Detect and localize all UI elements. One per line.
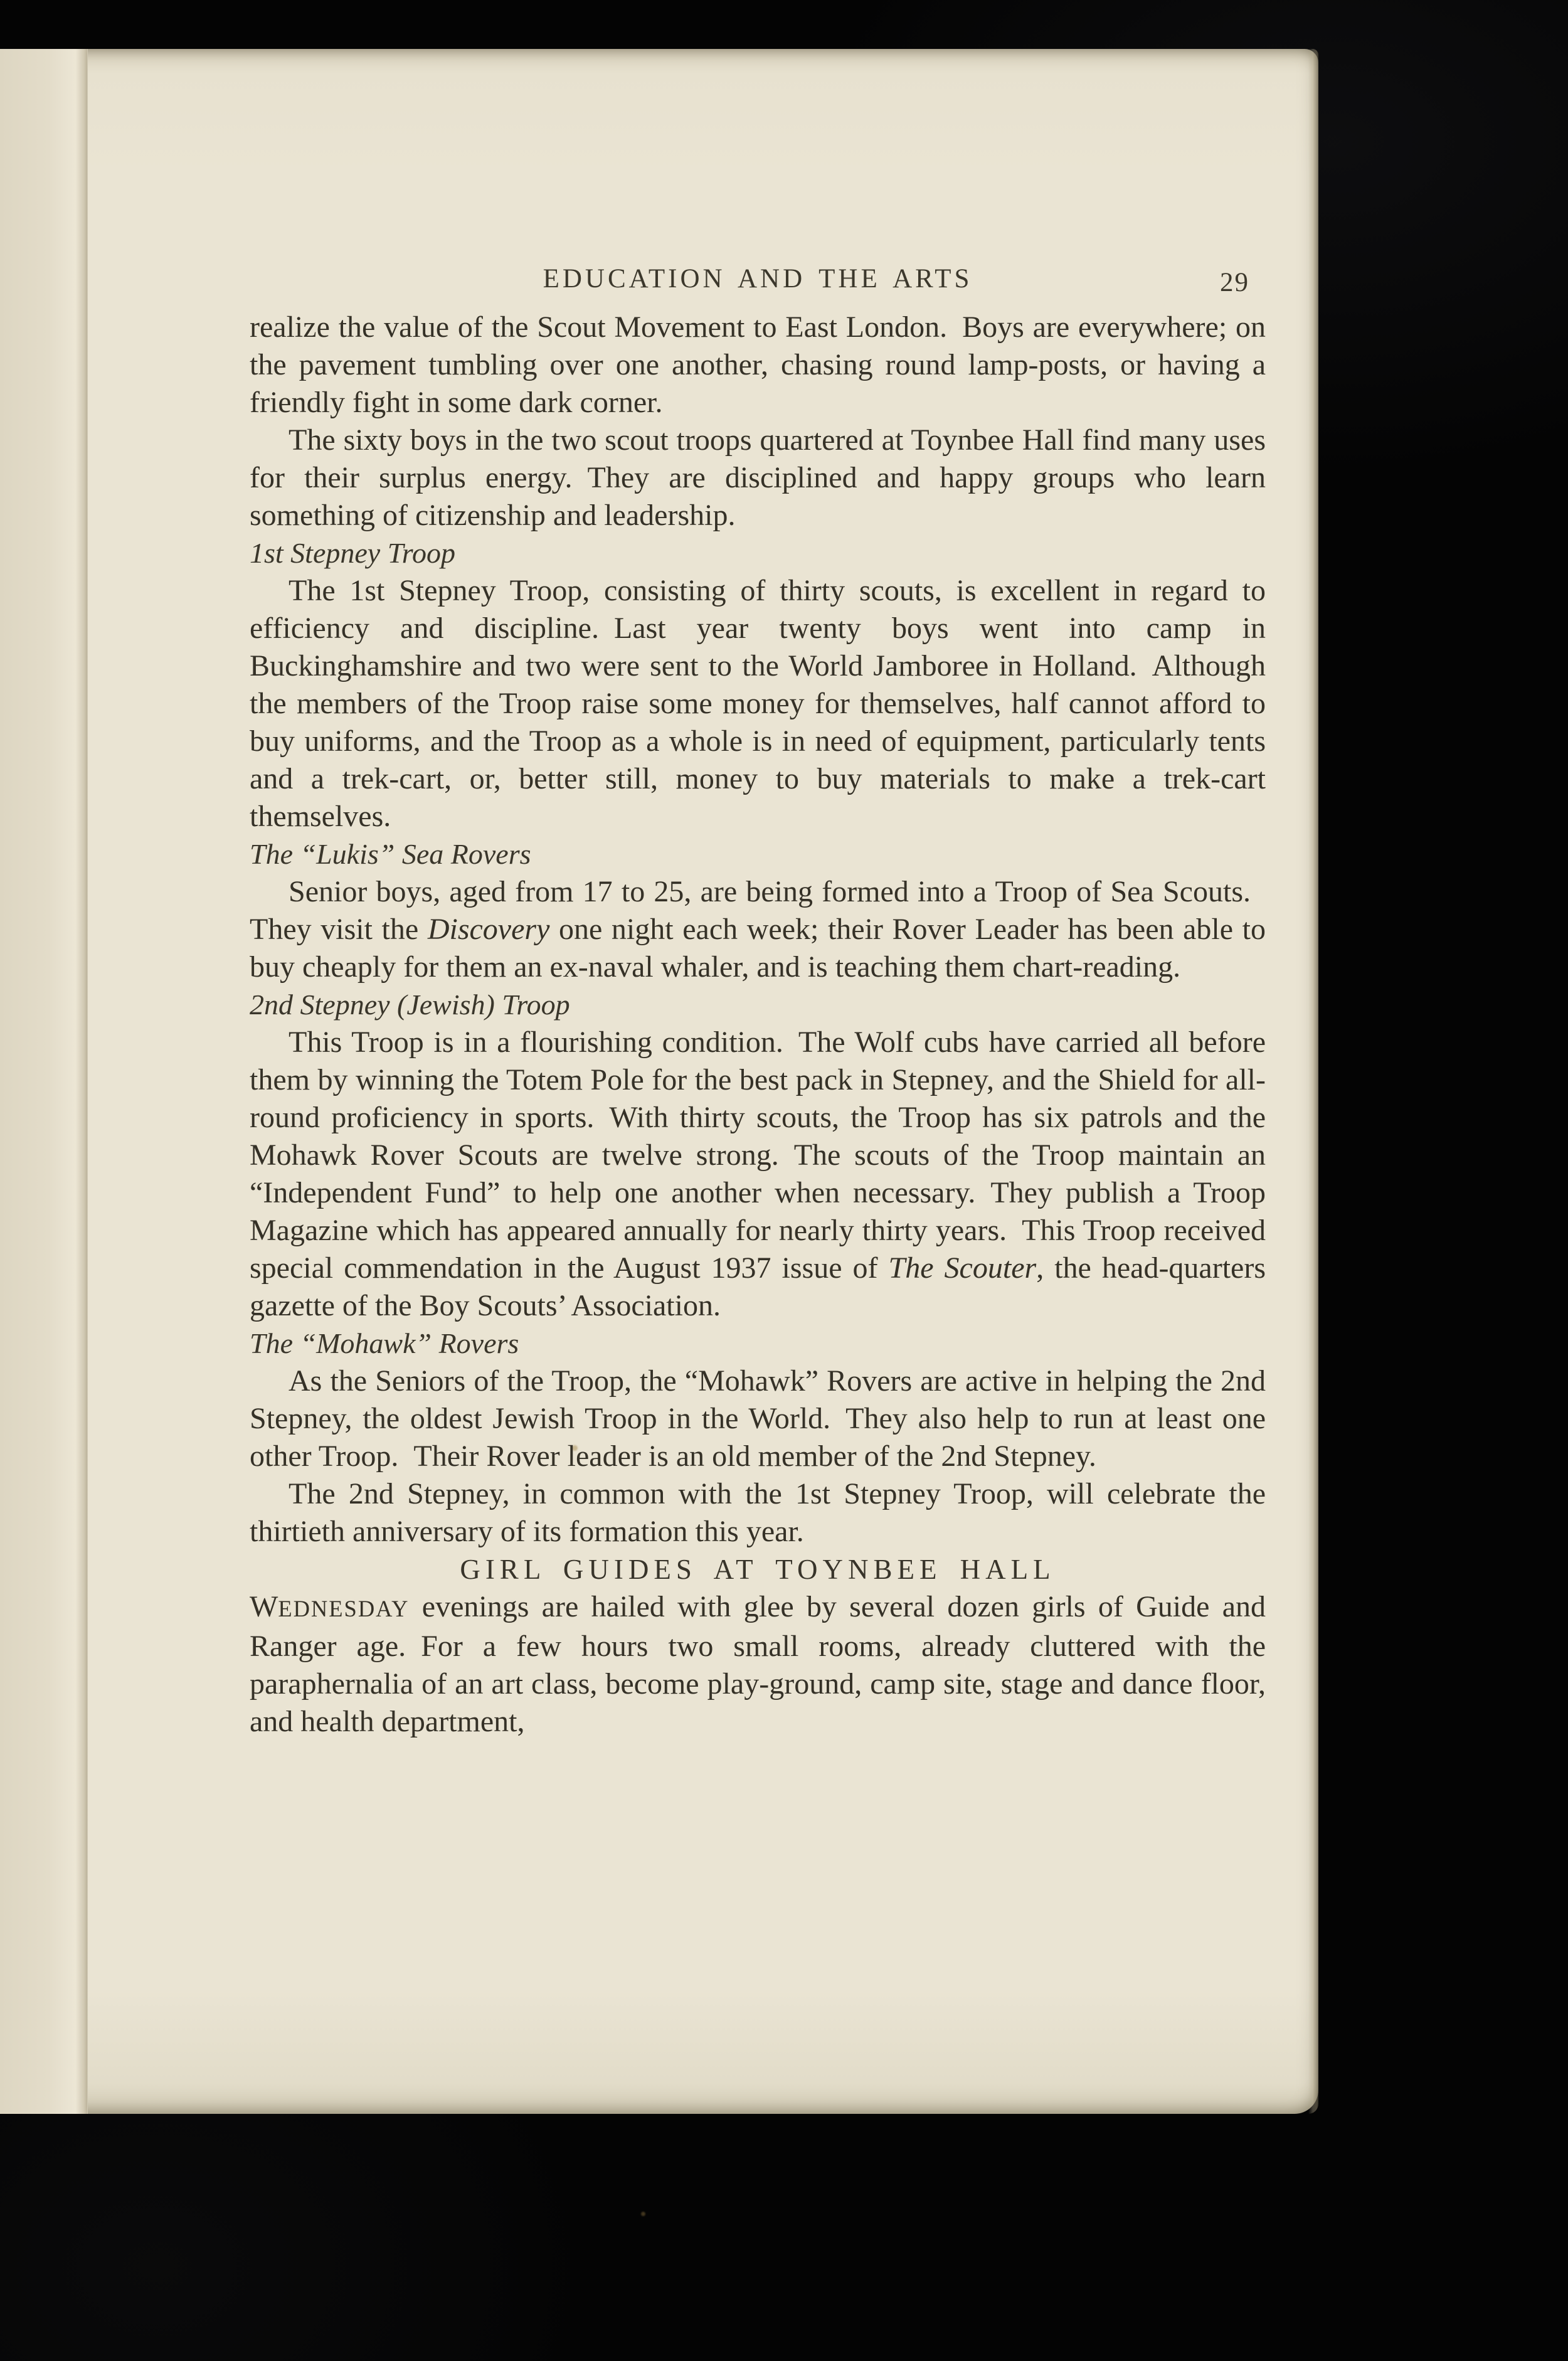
paragraph-1st-stepney-troop: The 1st Stepney Troop, consisting of thi… (250, 572, 1266, 836)
paragraph-2nd-stepney-troop: This Troop is in a flourishing condition… (250, 1024, 1266, 1325)
paragraph-anniversary: The 2nd Stepney, in common with the 1st … (250, 1475, 1266, 1551)
paragraph-continuation: realize the value of the Scout Movement … (250, 309, 1266, 422)
book-photo-background: EDUCATION AND THE ARTS 29 realize the va… (0, 0, 1568, 2361)
second-stepney-text-before: This Troop is in a flourishing condition… (250, 1026, 1266, 1285)
text-column: realize the value of the Scout Movement … (250, 309, 1266, 1741)
paragraph-girl-guides: WEDNESDAY evenings are hailed with glee … (250, 1588, 1266, 1741)
page-number: 29 (1220, 267, 1249, 298)
paragraph-sixty-boys: The sixty boys in the two scout troops q… (250, 422, 1266, 534)
running-head-title: EDUCATION AND THE ARTS (250, 263, 1266, 294)
ship-name-italic: Discovery (428, 913, 550, 946)
section-heading-girl-guides: GIRL GUIDES AT TOYNBEE HALL (250, 1551, 1266, 1588)
subheading-2nd-stepney-jewish-troop: 2nd Stepney (Jewish) Troop (250, 986, 1266, 1024)
subheading-1st-stepney-troop: 1st Stepney Troop (250, 534, 1266, 572)
wednesday-small-caps: EDNESDAY (278, 1596, 409, 1621)
wednesday-lead-capital: W (250, 1590, 278, 1623)
magazine-name-italic: The Scouter (889, 1251, 1037, 1285)
paper-speck (641, 2212, 645, 2216)
subheading-mohawk-rovers: The “Mohawk” Rovers (250, 1325, 1266, 1362)
paragraph-sea-rovers: Senior boys, aged from 17 to 25, are bei… (250, 873, 1266, 986)
page-edge-stack (1308, 49, 1318, 2114)
running-head: EDUCATION AND THE ARTS 29 (250, 263, 1266, 294)
page-gutter-shadow (0, 49, 88, 2114)
paragraph-mohawk-rovers: As the Seniors of the Troop, the “Mohawk… (250, 1362, 1266, 1475)
subheading-lukis-sea-rovers: The “Lukis” Sea Rovers (250, 836, 1266, 873)
